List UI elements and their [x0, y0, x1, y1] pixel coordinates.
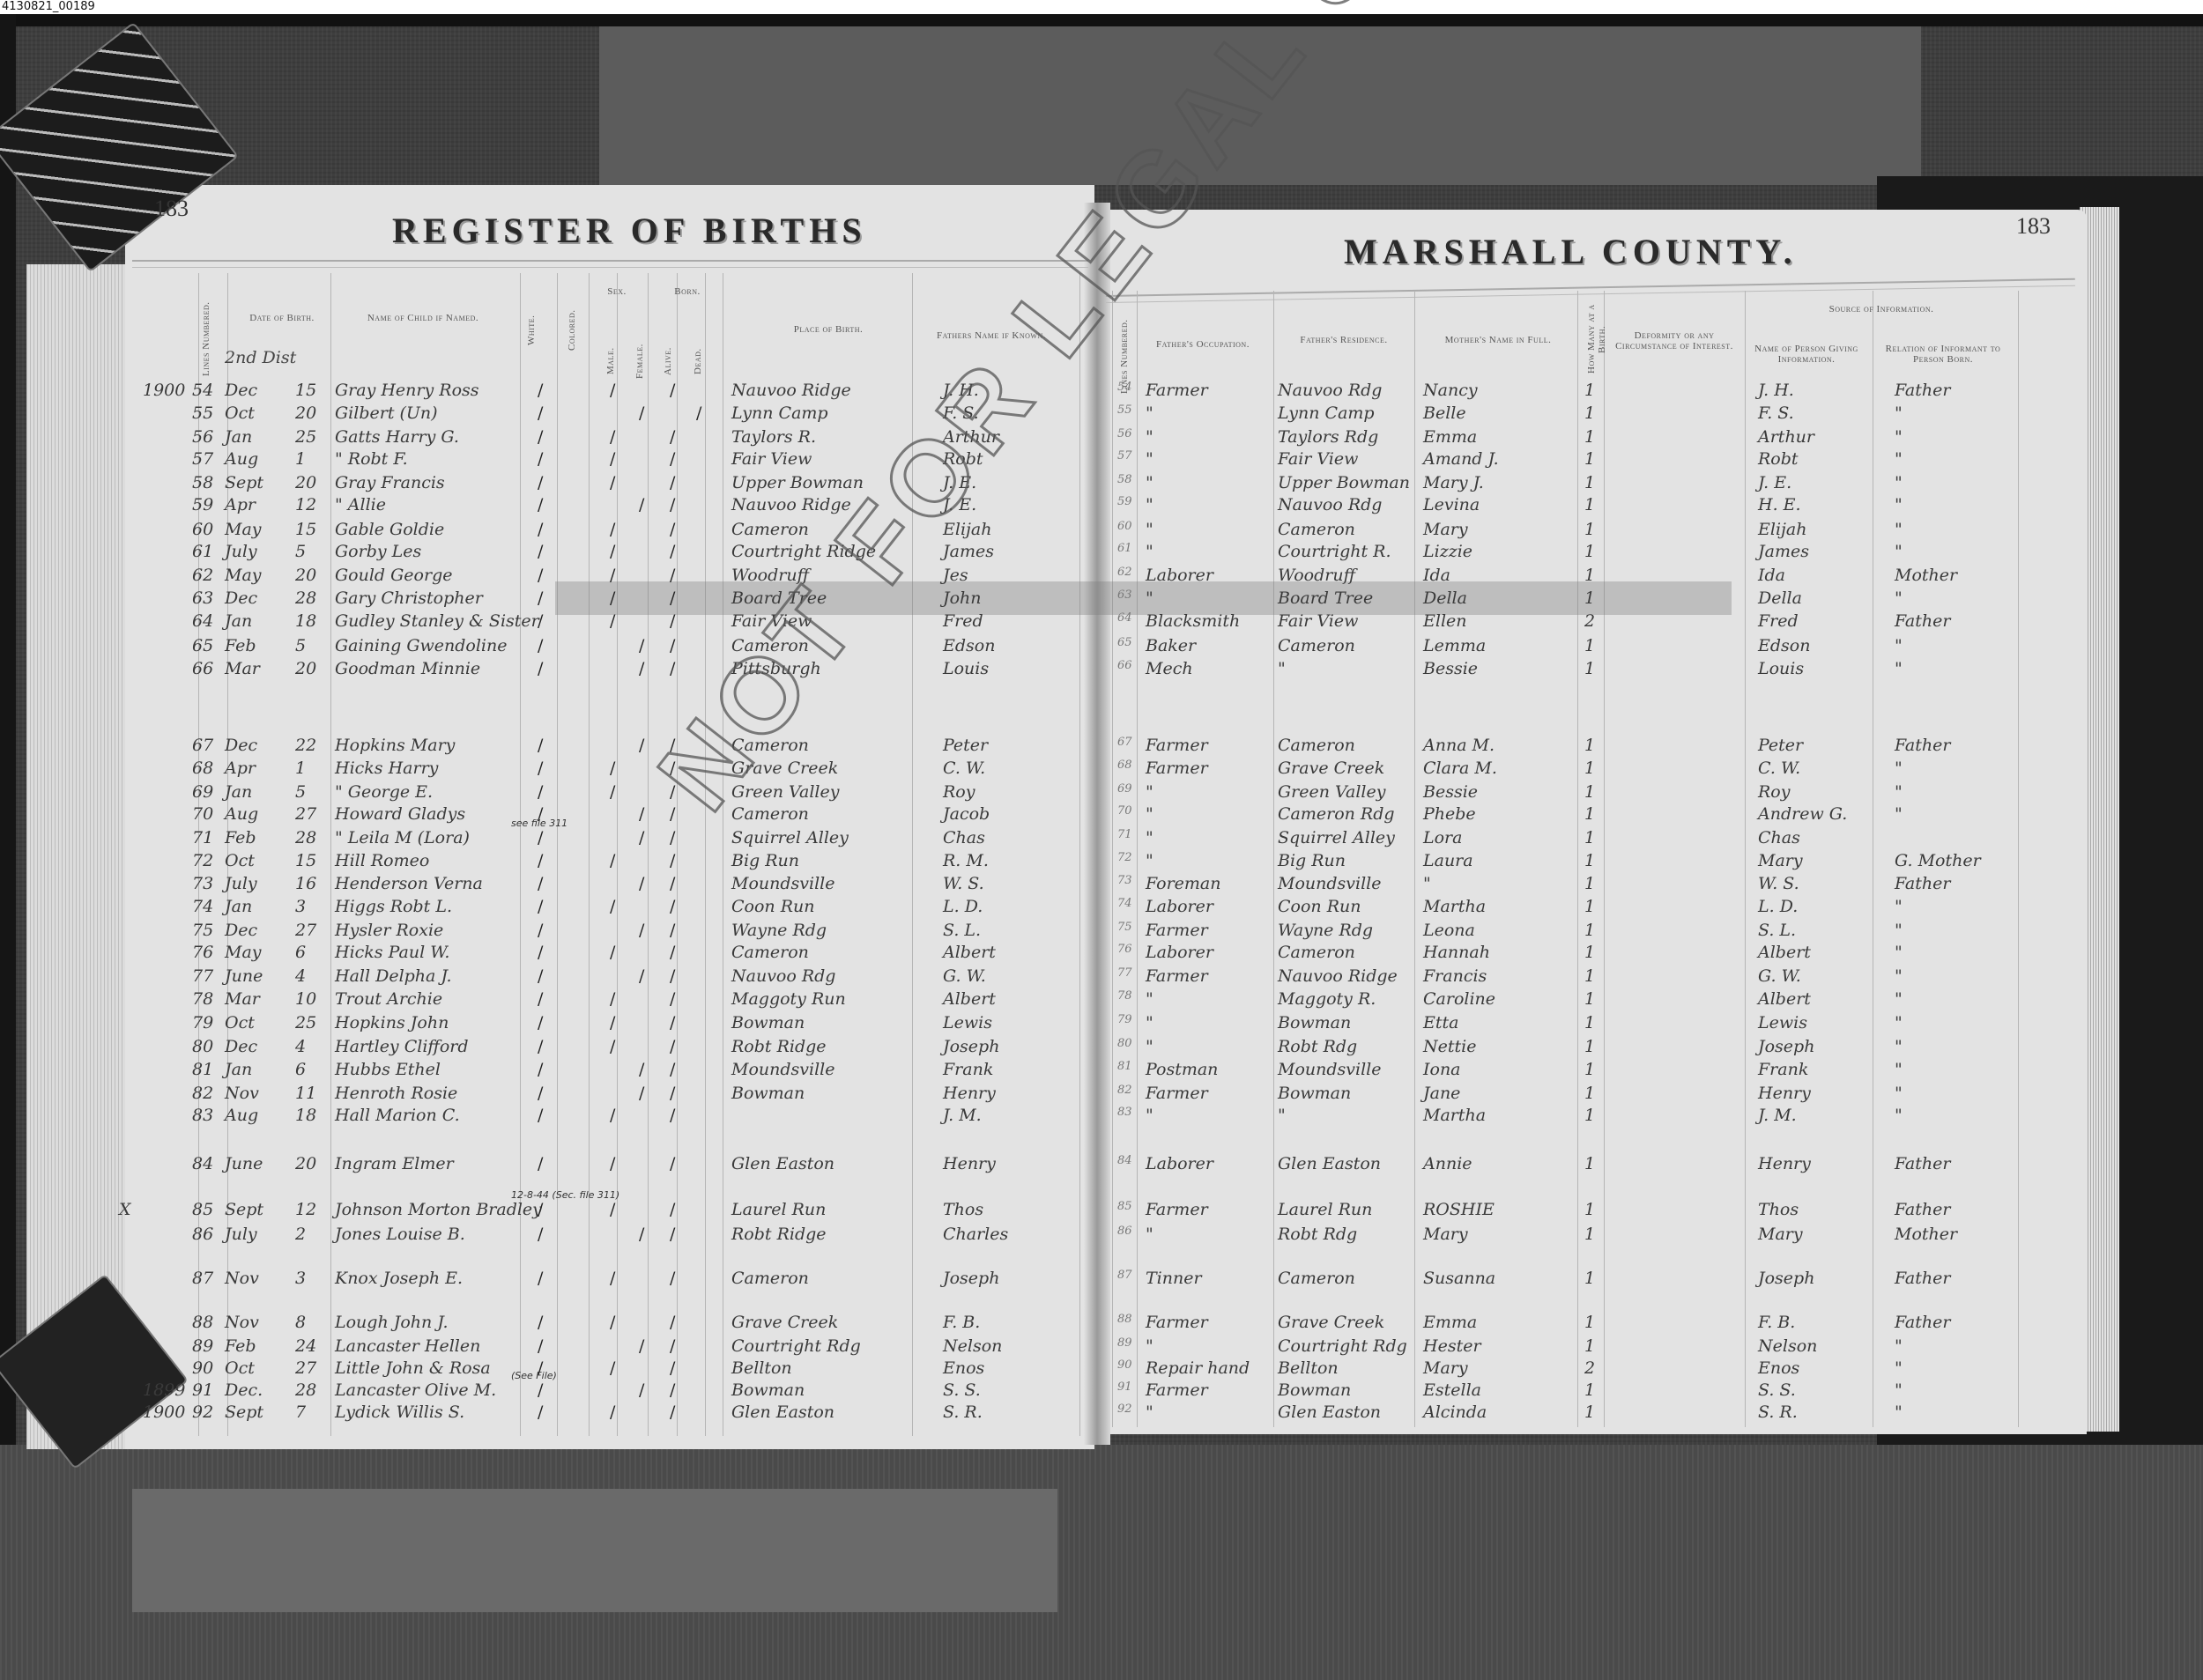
- births-count: 1: [1584, 1336, 1595, 1356]
- tally-alive: /: [670, 1358, 675, 1378]
- father-name: W. S.: [943, 874, 984, 893]
- line-number: 72: [192, 851, 213, 870]
- child-name: Gudley Stanley & Sister: [335, 611, 539, 631]
- informant-relation: ": [1895, 782, 1903, 802]
- father-residence: Bowman: [1278, 1013, 1351, 1032]
- child-name: Hartley Clifford: [335, 1037, 469, 1056]
- informant-name: Ida: [1758, 566, 1785, 585]
- place-of-birth: Big Run: [731, 851, 799, 870]
- child-name: Little John & Rosa: [335, 1358, 491, 1378]
- record-row: 75Dec27Hysler RoxieWayne RdgS. L.75Farme…: [0, 921, 2203, 944]
- informant-relation: ": [1895, 588, 1903, 608]
- father-name: L. D.: [943, 897, 983, 916]
- informant-name: Thos: [1758, 1200, 1799, 1219]
- birth-month: Oct: [225, 1358, 255, 1378]
- record-row: 190054Dec15Gray Henry RossNauvoo RidgeJ.…: [0, 381, 2203, 403]
- father-occupation: ": [1146, 828, 1153, 847]
- line-number-right: 77: [1117, 966, 1132, 980]
- record-row: 79Oct25Hopkins JohnBowmanLewis79"BowmanE…: [0, 1013, 2203, 1036]
- record-row: 60May15Gable GoldieCameronElijah60"Camer…: [0, 520, 2203, 543]
- line-number-right: 65: [1117, 636, 1132, 649]
- child-name: Gable Goldie: [335, 520, 444, 539]
- birth-month: May: [225, 566, 262, 585]
- informant-relation: Father: [1895, 1269, 1950, 1288]
- tally-alive: /: [670, 1380, 675, 1400]
- informant-name: Arthur: [1758, 427, 1814, 447]
- record-row: 63Dec28Gary ChristopherBoard TreeJohn63"…: [0, 588, 2203, 611]
- record-year: 1900: [143, 381, 185, 400]
- tally-white: /: [538, 449, 543, 469]
- tally-white: /: [538, 1380, 543, 1400]
- birth-month: Mar: [225, 659, 260, 678]
- line-number: 83: [192, 1106, 213, 1125]
- births-count: 1: [1584, 1084, 1595, 1103]
- record-row: 58Sept20Gray FrancisUpper BowmanJ. E.58"…: [0, 473, 2203, 496]
- father-name: Henry: [943, 1084, 996, 1103]
- tally-male: /: [610, 1013, 615, 1032]
- tally-male: /: [610, 782, 615, 802]
- line-number-right: 60: [1117, 520, 1132, 533]
- births-count: 1: [1584, 588, 1595, 608]
- line-number-right: 76: [1117, 943, 1132, 956]
- father-occupation: ": [1146, 427, 1153, 447]
- informant-relation: Father: [1895, 736, 1950, 755]
- informant-relation: ": [1895, 804, 1903, 824]
- father-occupation: Farmer: [1146, 1084, 1208, 1103]
- tally-alive: /: [670, 943, 675, 962]
- informant-relation: Father: [1895, 381, 1950, 400]
- col-head-father-occupation: Father's Occupation.: [1137, 339, 1269, 350]
- tally-white: /: [538, 897, 543, 916]
- child-name: Hopkins Mary: [335, 736, 455, 755]
- informant-name: Elijah: [1758, 520, 1806, 539]
- line-number-right: 58: [1117, 473, 1132, 486]
- informant-relation: ": [1895, 427, 1903, 447]
- child-name: " George E.: [335, 782, 433, 802]
- col-head-place-of-birth: Place of Birth.: [740, 324, 916, 335]
- birth-month: Dec: [225, 588, 257, 608]
- father-residence: Woodruff: [1278, 566, 1355, 585]
- line-number: 64: [192, 611, 213, 631]
- father-occupation: ": [1146, 989, 1153, 1009]
- line-number: 63: [192, 588, 213, 608]
- mother-name: Nancy: [1423, 381, 1478, 400]
- tally-male: /: [610, 943, 615, 962]
- child-name: Goodman Minnie: [335, 659, 480, 678]
- tally-alive: /: [670, 851, 675, 870]
- tally-alive: /: [670, 1225, 675, 1244]
- births-count: 1: [1584, 1037, 1595, 1056]
- birth-day: 5: [295, 542, 306, 561]
- father-name: Jacob: [943, 804, 990, 824]
- tally-white: /: [538, 381, 543, 400]
- informant-relation: ": [1895, 1358, 1903, 1378]
- child-name: Howard Gladys: [335, 804, 465, 824]
- record-row: 90Oct27Little John & RosaBelltonEnos90Re…: [0, 1358, 2203, 1381]
- line-number-right: 79: [1117, 1013, 1132, 1026]
- informant-relation: ": [1895, 495, 1903, 514]
- father-occupation: Baker: [1146, 636, 1196, 655]
- line-number-right: 68: [1117, 759, 1132, 772]
- father-occupation: Farmer: [1146, 921, 1208, 940]
- mother-name: Annie: [1423, 1154, 1472, 1173]
- record-mark: X: [119, 1200, 131, 1219]
- record-row: 81Jan6Hubbs EthelMoundsvilleFrank81Postm…: [0, 1060, 2203, 1083]
- line-number: 58: [192, 473, 213, 492]
- line-number: 67: [192, 736, 213, 755]
- informant-name: S. S.: [1758, 1380, 1796, 1400]
- informant-relation: ": [1895, 1336, 1903, 1356]
- record-row: 56Jan25Gatts Harry G.Taylors R.Arthur56"…: [0, 427, 2203, 450]
- father-occupation: ": [1146, 1225, 1153, 1244]
- tally-alive: /: [670, 449, 675, 469]
- place-of-birth: Lynn Camp: [731, 403, 828, 423]
- line-number: 75: [192, 921, 213, 940]
- tally-alive: /: [670, 1200, 675, 1219]
- child-name: Hall Marion C.: [335, 1106, 460, 1125]
- mother-name: Alcinda: [1423, 1402, 1487, 1422]
- tally-male: /: [610, 1269, 615, 1288]
- father-occupation: Laborer: [1146, 943, 1213, 962]
- record-row: 87Nov3Knox Joseph E.CameronJoseph87Tinne…: [0, 1269, 2203, 1291]
- tally-white: /: [538, 588, 543, 608]
- mother-name: Clara M.: [1423, 759, 1497, 778]
- place-of-birth: Wayne Rdg: [731, 921, 827, 940]
- informant-relation: ": [1895, 759, 1903, 778]
- tally-alive: /: [670, 1269, 675, 1288]
- father-occupation: ": [1146, 542, 1153, 561]
- father-name: Frank: [943, 1060, 993, 1079]
- informant-relation: ": [1895, 542, 1903, 561]
- tally-white: /: [538, 636, 543, 655]
- place-of-birth: Cameron: [731, 1269, 809, 1288]
- record-row: 73July16Henderson VernaMoundsvilleW. S.7…: [0, 874, 2203, 897]
- informant-name: F. B.: [1758, 1313, 1795, 1332]
- tally-alive: /: [670, 921, 675, 940]
- record-row: 55Oct20Gilbert (Un)Lynn CampF. S.55"Lynn…: [0, 403, 2203, 426]
- father-residence: Lynn Camp: [1278, 403, 1375, 423]
- informant-name: Enos: [1758, 1358, 1799, 1378]
- birth-month: Nov: [225, 1084, 259, 1103]
- birth-day: 8: [295, 1313, 306, 1332]
- father-residence: Grave Creek: [1278, 759, 1384, 778]
- child-name: Higgs Robt L.: [335, 897, 452, 916]
- line-number: 82: [192, 1084, 213, 1103]
- informant-relation: ": [1895, 403, 1903, 423]
- father-residence: Nauvoo Ridge: [1278, 966, 1398, 986]
- tally-male: /: [610, 449, 615, 469]
- mother-name: Laura: [1423, 851, 1473, 870]
- line-number: 70: [192, 804, 213, 824]
- father-residence: Green Valley: [1278, 782, 1385, 802]
- record-row: 65Feb5Gaining GwendolineCameronEdson65Ba…: [0, 636, 2203, 659]
- line-number-right: 66: [1117, 659, 1132, 672]
- record-row: 80Dec4Hartley CliffordRobt RidgeJoseph80…: [0, 1037, 2203, 1060]
- birth-month: Aug: [225, 1106, 258, 1125]
- child-name: Hopkins John: [335, 1013, 449, 1032]
- line-number: 87: [192, 1269, 213, 1288]
- informant-relation: ": [1895, 636, 1903, 655]
- births-count: 1: [1584, 1154, 1595, 1173]
- child-name: Hall Delpha J.: [335, 966, 452, 986]
- tally-alive: /: [670, 473, 675, 492]
- tally-female: /: [639, 1084, 644, 1103]
- record-year: 1900: [143, 1402, 185, 1422]
- mother-name: Bessie: [1423, 782, 1478, 802]
- background-bottom-card: [132, 1489, 1057, 1612]
- frame-top: [0, 14, 2203, 26]
- informant-relation: ": [1895, 1084, 1903, 1103]
- births-count: 1: [1584, 542, 1595, 561]
- birth-day: 15: [295, 851, 316, 870]
- tally-alive: /: [670, 1013, 675, 1032]
- father-occupation: ": [1146, 495, 1153, 514]
- informant-relation: ": [1895, 966, 1903, 986]
- child-name: Henderson Verna: [335, 874, 483, 893]
- tally-white: /: [538, 659, 543, 678]
- line-number-right: 85: [1117, 1200, 1132, 1213]
- col-head-dead: Dead.: [693, 335, 703, 388]
- father-occupation: Farmer: [1146, 759, 1208, 778]
- mother-name: Belle: [1423, 403, 1466, 423]
- informant-relation: Father: [1895, 611, 1950, 631]
- birth-month: Jan: [225, 427, 252, 447]
- tally-female: /: [639, 403, 644, 423]
- informant-relation: ": [1895, 1013, 1903, 1032]
- informant-relation: ": [1895, 449, 1903, 469]
- image-id: 4130821_00189: [2, 0, 95, 13]
- record-row: 72Oct15Hill RomeoBig RunR. M.72"Big RunL…: [0, 851, 2203, 874]
- tally-alive: /: [670, 828, 675, 847]
- tally-alive: /: [670, 611, 675, 631]
- birth-month: Aug: [225, 804, 258, 824]
- place-of-birth: Laurel Run: [731, 1200, 826, 1219]
- line-number: 86: [192, 1225, 213, 1244]
- informant-name: C. W.: [1758, 759, 1800, 778]
- mother-name: Ida: [1423, 566, 1450, 585]
- child-name: " Allie: [335, 495, 386, 514]
- informant-name: Frank: [1758, 1060, 1808, 1079]
- father-occupation: ": [1146, 520, 1153, 539]
- line-number: 56: [192, 427, 213, 447]
- child-name: Gary Christopher: [335, 588, 483, 608]
- birth-day: 5: [295, 636, 306, 655]
- informant-name: J. E.: [1758, 473, 1791, 492]
- father-residence: Cameron: [1278, 943, 1355, 962]
- line-number-right: 75: [1117, 921, 1132, 934]
- line-number-right: 73: [1117, 874, 1132, 887]
- births-count: 1: [1584, 1200, 1595, 1219]
- birth-month: July: [225, 1225, 257, 1244]
- line-number-right: 55: [1117, 403, 1132, 417]
- mother-name: Levina: [1423, 495, 1480, 514]
- father-name: S. L.: [943, 921, 981, 940]
- line-number: 68: [192, 759, 213, 778]
- record-row: 61July5Gorby LesCourtright RidgeJames61"…: [0, 542, 2203, 565]
- tally-white: /: [538, 1402, 543, 1422]
- line-number: 62: [192, 566, 213, 585]
- births-count: 2: [1584, 1358, 1595, 1378]
- births-count: 1: [1584, 1380, 1595, 1400]
- father-occupation: Foreman: [1146, 874, 1221, 893]
- line-number-right: 62: [1117, 566, 1132, 579]
- tally-female: /: [639, 1380, 644, 1400]
- child-name: Hysler Roxie: [335, 921, 443, 940]
- informant-relation: Father: [1895, 874, 1950, 893]
- father-residence: Robt Rdg: [1278, 1225, 1357, 1244]
- line-number-right: 57: [1117, 449, 1132, 463]
- col-head-born: Born.: [656, 286, 718, 297]
- informant-name: Della: [1758, 588, 1802, 608]
- mother-name: Iona: [1423, 1060, 1461, 1079]
- tally-white: /: [538, 1269, 543, 1288]
- birth-day: 22: [295, 736, 316, 755]
- informant-relation: ": [1895, 989, 1903, 1009]
- line-number-right: 80: [1117, 1037, 1132, 1050]
- informant-relation: ": [1895, 659, 1903, 678]
- record-row: 83Aug18Hall Marion C.J. M.83""Martha1J. …: [0, 1106, 2203, 1129]
- father-name: Louis: [943, 659, 989, 678]
- father-residence: Upper Bowman: [1278, 473, 1410, 492]
- father-residence: Laurel Run: [1278, 1200, 1372, 1219]
- father-residence: Robt Rdg: [1278, 1037, 1357, 1056]
- informant-relation: ": [1895, 1380, 1903, 1400]
- child-name: Lough John J.: [335, 1313, 448, 1332]
- birth-day: 3: [295, 897, 306, 916]
- mother-name: Lemma: [1423, 636, 1486, 655]
- tally-male: /: [610, 1200, 615, 1219]
- line-number-right: 61: [1117, 542, 1132, 555]
- tally-alive: /: [670, 1402, 675, 1422]
- record-row: 67Dec22Hopkins MaryCameronPeter67FarmerC…: [0, 736, 2203, 759]
- line-number: 84: [192, 1154, 213, 1173]
- tally-white: /: [538, 921, 543, 940]
- right-page-title: MARSHALL COUNTY.: [1344, 231, 1798, 272]
- line-number: 90: [192, 1358, 213, 1378]
- informant-name: Lewis: [1758, 1013, 1807, 1032]
- place-of-birth: Bowman: [731, 1380, 805, 1400]
- father-occupation: ": [1146, 1106, 1153, 1125]
- informant-name: W. S.: [1758, 874, 1799, 893]
- father-name: Peter: [943, 736, 988, 755]
- birth-month: Oct: [225, 1013, 255, 1032]
- father-occupation: Farmer: [1146, 381, 1208, 400]
- informant-name: Louis: [1758, 659, 1804, 678]
- tally-male: /: [610, 520, 615, 539]
- birth-day: 3: [295, 1269, 306, 1288]
- father-occupation: ": [1146, 403, 1153, 423]
- line-number-right: 87: [1117, 1269, 1132, 1282]
- father-occupation: Postman: [1146, 1060, 1218, 1079]
- tally-alive: /: [670, 804, 675, 824]
- father-residence: Cameron: [1278, 636, 1355, 655]
- child-name: Knox Joseph E.: [335, 1269, 463, 1288]
- birth-day: 5: [295, 782, 306, 802]
- tally-white: /: [538, 1060, 543, 1079]
- father-residence: Glen Easton: [1278, 1402, 1381, 1422]
- line-number-right: 83: [1117, 1106, 1132, 1119]
- place-of-birth: Cameron: [731, 520, 809, 539]
- informant-name: S. R.: [1758, 1402, 1798, 1422]
- tally-alive: /: [670, 1336, 675, 1356]
- father-occupation: Repair hand: [1146, 1358, 1250, 1378]
- birth-day: 11: [295, 1084, 316, 1103]
- birth-month: Dec: [225, 736, 257, 755]
- line-number: 89: [192, 1336, 213, 1356]
- tally-white: /: [538, 1336, 543, 1356]
- mother-name: Francis: [1423, 966, 1487, 986]
- father-residence: Cameron: [1278, 520, 1355, 539]
- child-name: Hill Romeo: [335, 851, 429, 870]
- informant-relation: Father: [1895, 1154, 1950, 1173]
- tally-white: /: [538, 542, 543, 561]
- father-occupation: Mech: [1146, 659, 1193, 678]
- births-count: 1: [1584, 782, 1595, 802]
- tally-white: /: [538, 1200, 543, 1219]
- tally-alive: /: [670, 1154, 675, 1173]
- father-name: Thos: [943, 1200, 983, 1219]
- father-occupation: Laborer: [1146, 897, 1213, 916]
- informant-relation: ": [1895, 943, 1903, 962]
- father-name: R. M.: [943, 851, 989, 870]
- informant-name: Fred: [1758, 611, 1799, 631]
- mother-name: Lizzie: [1423, 542, 1472, 561]
- informant-name: Edson: [1758, 636, 1810, 655]
- tally-alive: /: [670, 1313, 675, 1332]
- tally-alive: /: [670, 520, 675, 539]
- child-name: Henroth Rosie: [335, 1084, 457, 1103]
- tally-white: /: [538, 495, 543, 514]
- image-id-bar: 4130821_00189: [0, 0, 2203, 14]
- mother-name: ": [1423, 874, 1431, 893]
- tally-male: /: [610, 1154, 615, 1173]
- informant-name: L. D.: [1758, 897, 1798, 916]
- informant-name: F. S.: [1758, 403, 1794, 423]
- births-count: 1: [1584, 566, 1595, 585]
- line-number: 55: [192, 403, 213, 423]
- tally-male: /: [610, 611, 615, 631]
- tally-alive: /: [670, 1037, 675, 1056]
- place-of-birth: Grave Creek: [731, 1313, 838, 1332]
- informant-name: H. E.: [1758, 495, 1801, 514]
- informant-relation: Father: [1895, 1200, 1950, 1219]
- tally-male: /: [610, 427, 615, 447]
- line-number-right: 70: [1117, 804, 1132, 818]
- child-name: Johnson Morton Bradley: [335, 1200, 542, 1219]
- tally-white: /: [538, 1013, 543, 1032]
- tally-male: /: [610, 989, 615, 1009]
- mother-name: ROSHIE: [1423, 1200, 1495, 1219]
- tally-white: /: [538, 1154, 543, 1173]
- birth-day: 18: [295, 1106, 316, 1125]
- line-number: 69: [192, 782, 213, 802]
- father-name: Edson: [943, 636, 995, 655]
- record-row: 62May20Gould GeorgeWoodruffJes62LaborerW…: [0, 566, 2203, 588]
- birth-day: 25: [295, 1013, 316, 1032]
- child-name: Jones Louise B.: [335, 1225, 465, 1244]
- father-occupation: ": [1146, 1336, 1153, 1356]
- tally-male: /: [610, 588, 615, 608]
- father-residence: Grave Creek: [1278, 1313, 1384, 1332]
- father-name: Charles: [943, 1225, 1008, 1244]
- tally-alive: /: [670, 1060, 675, 1079]
- tally-white: /: [538, 1313, 543, 1332]
- father-name: F. B.: [943, 1313, 980, 1332]
- informant-relation: ": [1895, 921, 1903, 940]
- father-residence: Fair View: [1278, 449, 1358, 469]
- line-number-right: 90: [1117, 1358, 1132, 1372]
- tally-male: /: [610, 1037, 615, 1056]
